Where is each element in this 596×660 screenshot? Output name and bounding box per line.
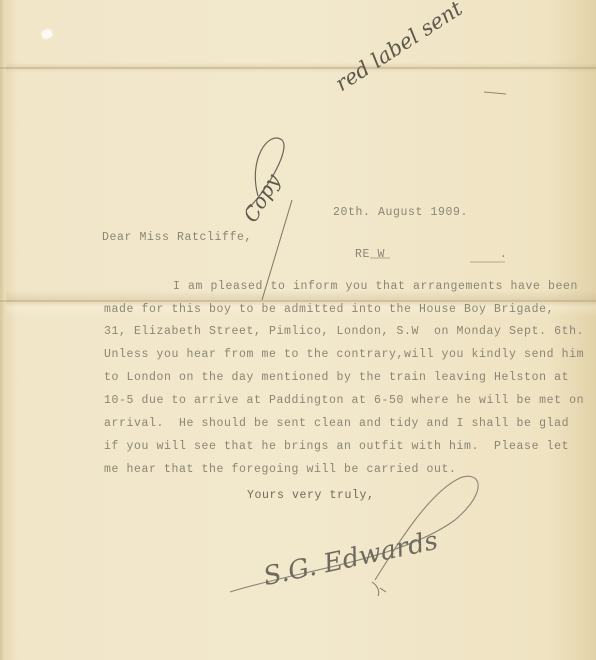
body-line: arrival. He should be sent clean and tid… bbox=[104, 417, 569, 430]
copy-mark: Copy bbox=[238, 170, 285, 227]
letter-paper: red label sent Copy 20th. August 1909. D… bbox=[0, 0, 596, 660]
body-line: 31, Elizabeth Street, Pimlico, London, S… bbox=[104, 325, 584, 338]
letter-date: 20th. August 1909. bbox=[333, 206, 468, 219]
letter-reference: RE W bbox=[355, 248, 385, 261]
body-line: if you will see that he brings an outfit… bbox=[104, 440, 569, 453]
body-line: I am pleased to inform you that arrangem… bbox=[173, 280, 578, 293]
letter-salutation: Dear Miss Ratcliffe, bbox=[102, 231, 252, 244]
letter-reference-end: . bbox=[500, 248, 508, 261]
handwritten-note: red label sent bbox=[331, 0, 467, 96]
letter-closing: Yours very truly, bbox=[247, 489, 375, 502]
body-line: 10-5 due to arrive at Paddington at 6-50… bbox=[104, 394, 584, 407]
signature: S.G. Edwards bbox=[261, 526, 441, 592]
body-line: to London on the day mentioned by the tr… bbox=[104, 371, 569, 384]
fold-crease-top bbox=[0, 67, 596, 69]
body-line: me hear that the foregoing will be carri… bbox=[104, 463, 457, 476]
fold-crease-middle bbox=[0, 300, 596, 302]
body-line: Unless you hear from me to the contrary,… bbox=[104, 348, 584, 361]
paper-edge bbox=[0, 0, 6, 660]
body-line: made for this boy to be admitted into th… bbox=[104, 303, 554, 316]
paper-tear bbox=[41, 29, 53, 40]
